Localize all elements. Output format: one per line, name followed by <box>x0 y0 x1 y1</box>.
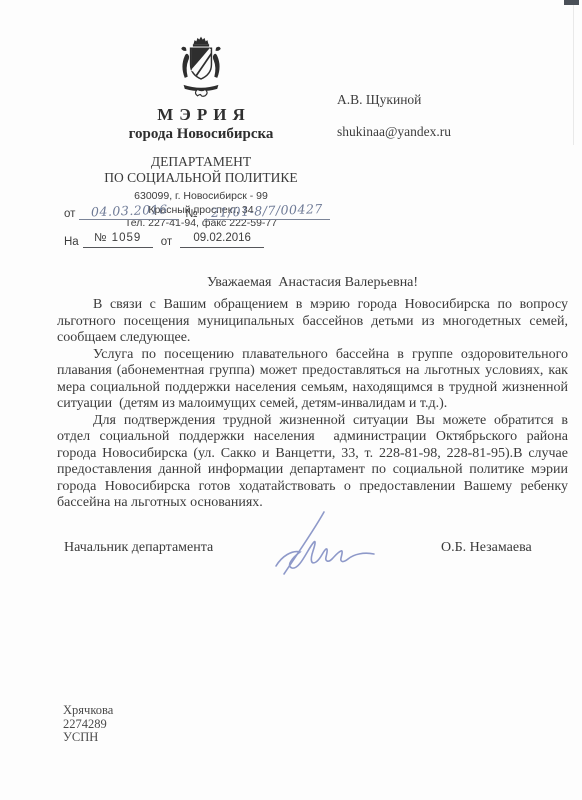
letter-body: В связи с Вашим обращением в мэрию город… <box>57 297 568 512</box>
addressee-email: shukinaa@yandex.ru <box>337 124 451 140</box>
executor-name: Хрячкова <box>63 704 113 718</box>
body-paragraph-1: В связи с Вашим обращением в мэрию город… <box>57 297 568 347</box>
incoming-number: № 1059 <box>83 232 153 248</box>
scan-corner-artifact <box>564 0 579 5</box>
incoming-date-label: от <box>161 236 172 248</box>
department-name-line2: ПО СОЦИАЛЬНОЙ ПОЛИТИКЕ <box>55 170 347 186</box>
outgoing-date-handwritten: 04.03.2016 <box>91 202 168 220</box>
outgoing-number-field: 21/01-8/7/00427 <box>204 204 330 220</box>
outgoing-number-label: № <box>185 208 197 220</box>
incoming-date: 09.02.2016 <box>180 232 264 248</box>
org-subname: города Новосибирска <box>55 126 347 143</box>
scan-edge-artifact <box>573 5 574 145</box>
outgoing-date-field: 04.03.2016 <box>79 204 179 220</box>
department-name: ДЕПАРТАМЕНТ ПО СОЦИАЛЬНОЙ ПОЛИТИКЕ <box>55 154 347 187</box>
handwritten-signature <box>262 508 382 580</box>
incoming-reference-line: На№ 1059от09.02.2016 <box>64 232 264 248</box>
signer-name: О.Б. Незамаева <box>441 540 532 556</box>
addressee-name: А.В. Щукиной <box>337 92 421 108</box>
novosibirsk-coat-of-arms-icon <box>172 36 230 100</box>
signer-position: Начальник департамента <box>64 540 213 556</box>
body-paragraph-3: Для подтверждения трудной жизненной ситу… <box>57 413 568 512</box>
executor-block: Хрячкова 2274289 УСПН <box>63 704 113 745</box>
org-name: МЭРИЯ <box>55 105 347 125</box>
department-name-line1: ДЕПАРТАМЕНТ <box>55 154 347 170</box>
body-paragraph-2: Услуга по посещению плавательного бассей… <box>57 347 568 413</box>
scanned-letter-page: МЭРИЯ города Новосибирска ДЕПАРТАМЕНТ ПО… <box>0 0 582 800</box>
salutation: Уважаемая Анастасия Валерьевна! <box>57 275 568 291</box>
outgoing-date-label: от <box>64 208 75 220</box>
reply-label: На <box>64 236 79 248</box>
executor-unit: УСПН <box>63 731 113 745</box>
outgoing-reference-line: от04.03.2016№21/01-8/7/00427 <box>64 204 330 220</box>
executor-phone: 2274289 <box>63 718 113 732</box>
outgoing-number-handwritten: 21/01-8/7/00427 <box>211 201 323 220</box>
